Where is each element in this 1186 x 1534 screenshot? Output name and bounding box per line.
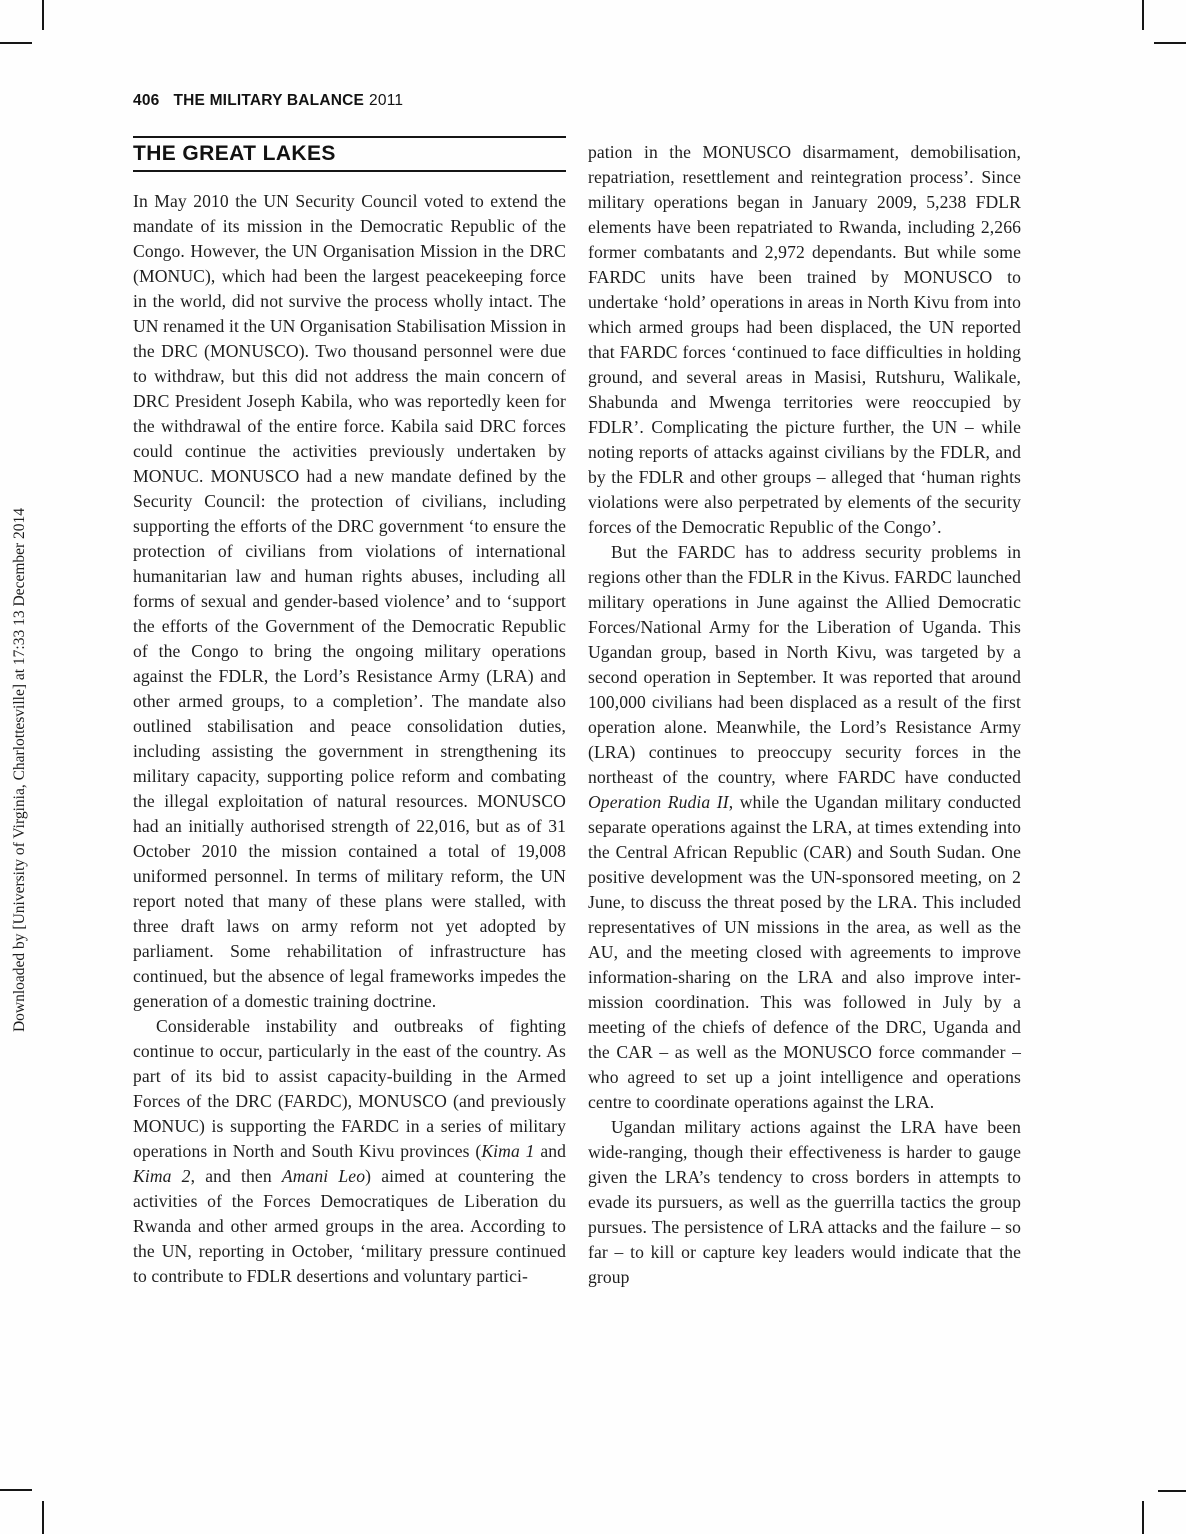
section-heading-block: THE GREAT LAKES: [133, 136, 566, 172]
right-column: pation in the MONUSCO disarmament, demob…: [588, 140, 1021, 1290]
book-title: THE MILITARY BALANCE: [173, 92, 364, 109]
italic-run: Kima 1: [481, 1141, 534, 1161]
crop-mark-bottom-right-vertical: [1142, 1501, 1144, 1534]
crop-mark-top-right-horizontal: [1154, 42, 1186, 44]
crop-mark-top-left-vertical: [42, 0, 44, 30]
left-column: In May 2010 the UN Security Council vote…: [133, 189, 566, 1289]
body-paragraph: In May 2010 the UN Security Council vote…: [133, 189, 566, 1014]
body-paragraph: Ugandan military actions against the LRA…: [588, 1115, 1021, 1290]
text-run: Considerable instability and outbreaks o…: [133, 1016, 566, 1161]
body-paragraph: Considerable instability and outbreaks o…: [133, 1014, 566, 1289]
download-watermark: Downloaded by [University of Virginia, C…: [11, 370, 31, 1170]
crop-mark-bottom-left-vertical: [42, 1501, 44, 1534]
text-run: pation in the MONUSCO disarmament, demob…: [588, 142, 1021, 537]
running-header: 406THE MILITARY BALANCE2011: [133, 92, 403, 110]
text-run: Ugandan military actions against the LRA…: [588, 1117, 1021, 1287]
crop-mark-bottom-right-horizontal: [1158, 1490, 1186, 1492]
text-run: But the FARDC has to address security pr…: [588, 542, 1021, 787]
italic-run: Amani Leo: [282, 1166, 365, 1186]
page-number: 406: [133, 92, 159, 109]
section-title: THE GREAT LAKES: [133, 142, 566, 165]
body-paragraph: pation in the MONUSCO disarmament, demob…: [588, 140, 1021, 540]
book-year: 2011: [369, 92, 403, 109]
italic-run: Operation Rudia II: [588, 792, 729, 812]
text-run: , while the Ugandan military conducted s…: [588, 792, 1021, 1112]
body-paragraph: But the FARDC has to address security pr…: [588, 540, 1021, 1115]
crop-mark-top-left-horizontal: [0, 42, 32, 44]
crop-mark-bottom-left-horizontal: [0, 1489, 32, 1491]
text-run: In May 2010 the UN Security Council vote…: [133, 191, 566, 1011]
crop-mark-top-right-vertical: [1142, 0, 1144, 30]
text-run: , and then: [191, 1166, 282, 1186]
text-run: and: [535, 1141, 566, 1161]
document-page: Downloaded by [University of Virginia, C…: [0, 0, 1186, 1534]
italic-run: Kima 2: [133, 1166, 191, 1186]
